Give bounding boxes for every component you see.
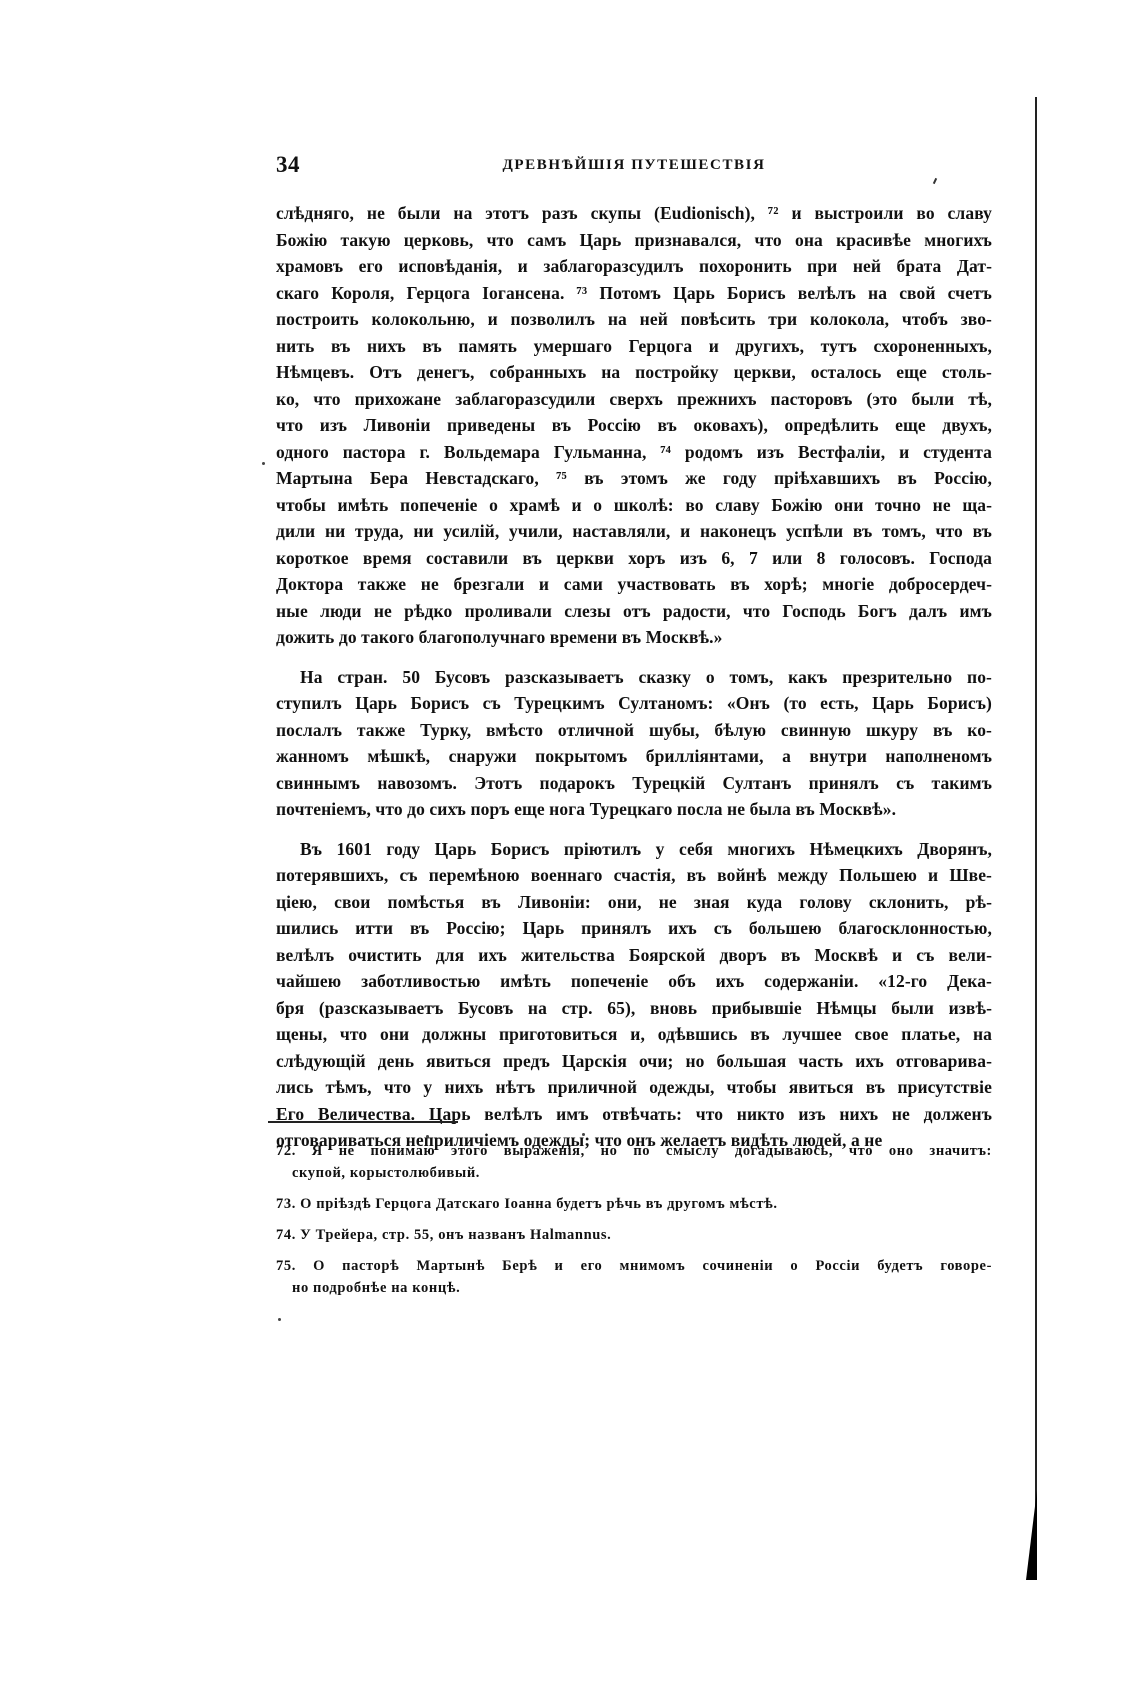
text-line: ко, что прихожане заблагоразсудили сверх… <box>276 386 992 413</box>
text-line: нить въ нихъ въ память умершаго Герцога … <box>276 333 992 360</box>
paragraph: Въ 1601 году Царь Борисъ пріютилъ у себя… <box>276 836 992 1154</box>
text-line: дожить до такого благополучнаго времени … <box>276 624 992 651</box>
text-line: чтобы имѣть попеченіе о храмѣ и о школѣ:… <box>276 492 992 519</box>
text-line: что изъ Ливоніи приведены въ Россію въ о… <box>276 412 992 439</box>
text-line: ціею, свои помѣстья въ Ливоніи: они, не … <box>276 889 992 916</box>
text-line: слѣдующій день явиться предъ Царскія очи… <box>276 1048 992 1075</box>
footnote-line: 73. О пріѣздѣ Герцога Датскаго Іоанна бу… <box>276 1193 992 1215</box>
text-line: одного пастора г. Вольдемара Гульманна, … <box>276 439 992 466</box>
text-line: ные люди не рѣдко проливали слезы отъ ра… <box>276 598 992 625</box>
footnote-72: 72. Я не понимаю этого выраженія, но по … <box>276 1140 992 1184</box>
text-line: щены, что они должны приготовиться и, од… <box>276 1021 992 1048</box>
text-line: Нѣмцевъ. Отъ денегъ, собранныхъ на постр… <box>276 359 992 386</box>
text-line: жанномъ мѣшкѣ, снаружи покрытомъ бриллія… <box>276 743 992 770</box>
text-line: потерявшихъ, съ перемѣною военнаго счаст… <box>276 862 992 889</box>
paragraph: слѣдняго, не были на этотъ разъ скупы (E… <box>276 200 992 651</box>
text-line: Божію такую церковь, что самъ Царь призн… <box>276 227 992 254</box>
text-line: дили ни труда, ни усилій, учили, наставл… <box>276 518 992 545</box>
text-line: чайшею заботливостью имѣть попеченіе объ… <box>276 968 992 995</box>
page-header: 34 ДРЕВНѢЙШІЯ ПУТЕШЕСТВІЯ <box>276 152 992 182</box>
text-line: лись тѣмъ, что у нихъ нѣтъ приличной оде… <box>276 1074 992 1101</box>
text-line: Въ 1601 году Царь Борисъ пріютилъ у себя… <box>276 836 992 863</box>
text-line: почтеніемъ, что до сихъ поръ еще нога Ту… <box>276 796 992 823</box>
text-line: шились итти въ Россію; Царь принялъ ихъ … <box>276 915 992 942</box>
text-line: Доктора также не брезгали и сами участво… <box>276 571 992 598</box>
text-line: послалъ также Турку, вмѣсто отличной шуб… <box>276 717 992 744</box>
footnote-74: 74. У Трейера, стр. 55, онъ названъ Halm… <box>276 1224 992 1246</box>
page-gutter-line <box>1035 97 1037 1517</box>
main-text: слѣдняго, не были на этотъ разъ скупы (E… <box>276 200 992 1167</box>
text-line: ступилъ Царь Борисъ съ Турецкимъ Султано… <box>276 690 992 717</box>
footnote-separator <box>268 1121 458 1123</box>
text-line: построить колокольню, и позволилъ на ней… <box>276 306 992 333</box>
footnote-line: 75. О пасторѣ Мартынѣ Берѣ и его мнимомъ… <box>276 1255 992 1277</box>
text-line: храмовъ его исповѣданія, и заблагоразсуд… <box>276 253 992 280</box>
footnote-75: 75. О пасторѣ Мартынѣ Берѣ и его мнимомъ… <box>276 1255 992 1299</box>
page-gutter-shadow <box>1026 1490 1037 1580</box>
footnote-73: 73. О пріѣздѣ Герцога Датскаго Іоанна бу… <box>276 1193 992 1215</box>
footnotes: 72. Я не понимаю этого выраженія, но по … <box>276 1140 992 1308</box>
footnote-line: 72. Я не понимаю этого выраженія, но по … <box>276 1140 992 1162</box>
text-line: слѣдняго, не были на этотъ разъ скупы (E… <box>276 200 992 227</box>
text-line: На стран. 50 Бусовъ разсказываетъ сказку… <box>276 664 992 691</box>
scan-speck-dot <box>426 1135 429 1138</box>
scanned-book-page: 34 ДРЕВНѢЙШІЯ ПУТЕШЕСТВІЯ слѣдняго, не б… <box>0 0 1140 1687</box>
text-line: Мартына Бера Невстадскаго, ⁷⁵ въ этомъ ж… <box>276 465 992 492</box>
text-line: скаго Короля, Герцога Іогансена. ⁷³ Пото… <box>276 280 992 307</box>
scan-speck-dot <box>262 462 265 465</box>
scan-speck-mark <box>933 178 937 184</box>
text-line: короткое время составили въ церкви хоръ … <box>276 545 992 572</box>
text-line: Его Величества. Царь велѣлъ имъ отвѣчать… <box>276 1101 992 1128</box>
scan-speck-dot <box>278 1318 281 1321</box>
footnote-line: 74. У Трейера, стр. 55, онъ названъ Halm… <box>276 1224 992 1246</box>
text-line: бря (разсказываетъ Бусовъ на стр. 65), в… <box>276 995 992 1022</box>
footnote-line: но подробнѣе на концѣ. <box>276 1277 992 1299</box>
text-line: велѣлъ очистить для ихъ жительства Боярс… <box>276 942 992 969</box>
text-line: свиннымъ навозомъ. Этотъ подарокъ Турецк… <box>276 770 992 797</box>
running-title: ДРЕВНѢЙШІЯ ПУТЕШЕСТВІЯ <box>276 157 992 174</box>
footnote-line: скупой, корыстолюбивый. <box>276 1162 992 1184</box>
scan-speck-dot <box>582 1133 585 1136</box>
paragraph: На стран. 50 Бусовъ разсказываетъ сказку… <box>276 664 992 823</box>
